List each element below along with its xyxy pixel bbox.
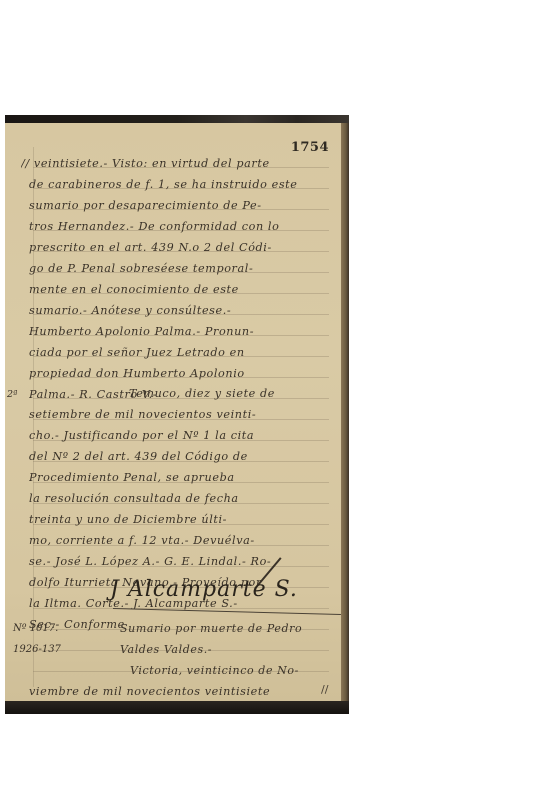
body-line: sumario por desaparecimiento de Pe- — [29, 195, 329, 216]
body-line: go de P. Penal sobreséese temporal- — [29, 258, 329, 279]
ledger-page: 1754 // veintisiete.- Visto: en virtud d… — [5, 123, 341, 701]
entry-line: Procedimiento Penal, se aprueba — [29, 467, 329, 488]
entry-line: dolfo Iturrieta Novano.- Proveído por — [29, 572, 329, 593]
entry-line: treinta y uno de Diciembre últi- — [29, 509, 329, 530]
body-line: ciada por el señor Juez Letrado en — [29, 342, 329, 363]
body-line: mente en el conocimiento de este — [29, 279, 329, 300]
entry-line: Sec.- Conforme — [29, 614, 329, 635]
entry-line: Temuco, diez y siete de — [29, 383, 329, 404]
body-line: propiedad don Humberto Apolonio — [29, 363, 329, 384]
body-line: // veintisiete.- Visto: en virtud del pa… — [21, 153, 321, 174]
entry-line: se.- José L. López A.- G. E. Lindal.- Ro… — [29, 551, 329, 572]
body-line: Humberto Apolonio Palma.- Pronun- — [29, 321, 329, 342]
entry-line: mo, corriente a f. 12 vta.- Devuélva- — [29, 530, 329, 551]
entry-line: la resolución consultada de fecha — [29, 488, 329, 509]
body-line: prescrito en el art. 439 N.o 2 del Códi- — [29, 237, 329, 258]
entry-line: la Iltma. Corte.- J. Alcamparte S.- — [29, 593, 329, 614]
page-edge — [341, 123, 349, 701]
body-line: tros Hernandez.- De conformidad con lo — [29, 216, 329, 237]
entry-line: setiembre de mil novecientos veinti- — [29, 404, 329, 425]
entry-line: cho.- Justificando por el Nº 1 la cita — [29, 425, 329, 446]
body-line: de carabineros de f. 1, se ha instruido … — [29, 174, 329, 195]
entry-line: del Nº 2 del art. 439 del Código de — [29, 446, 329, 467]
bottom-shadow-strip — [5, 701, 349, 714]
body-line: sumario.- Anótese y consúltese.- — [29, 300, 329, 321]
document-photo: 1754 // veintisiete.- Visto: en virtud d… — [5, 115, 349, 714]
